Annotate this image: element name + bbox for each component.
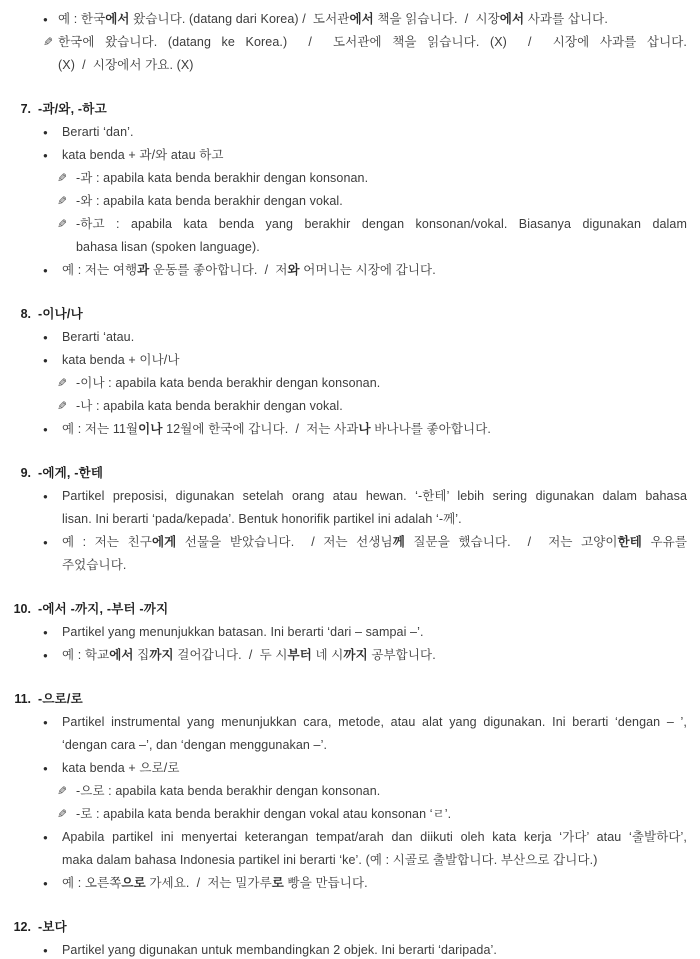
section-number: 8.: [0, 303, 31, 326]
bullet-icon: ●: [43, 872, 48, 895]
bullet-icon: ●: [43, 757, 48, 780]
list-item: ✎-나 : apabila kata benda berakhir dengan…: [0, 395, 700, 418]
pencil-glyph: ✎: [57, 190, 67, 213]
text-segment: Partikel yang menunjukkan batasan. Ini b…: [62, 625, 424, 639]
particle-bold: 에게: [152, 535, 176, 549]
text-line: 한국에 왔습니다. (datang ke Korea.) / 도서관에 책을 읽…: [0, 31, 700, 54]
pencil-glyph: ✎: [43, 31, 53, 54]
text-segment: Partikel yang digunakan untuk membanding…: [62, 943, 497, 957]
text-segment: -으로 : apabila kata benda berakhir dengan…: [76, 784, 380, 798]
section-heading: 10.-에서 -까지, -부터 -까지: [0, 598, 700, 621]
bullet-icon: ●: [43, 259, 48, 282]
list-item: ✎-이나 : apabila kata benda berakhir denga…: [0, 372, 700, 395]
text-segment: Partikel preposisi, digunakan setelah or…: [62, 489, 687, 503]
list-item: ●kata benda + 과/와 atau 하고: [0, 144, 700, 167]
particle-bold: 에서: [105, 12, 129, 26]
text-line: -로 : apabila kata benda berakhir dengan …: [0, 803, 700, 826]
pencil-icon: ✎: [57, 395, 67, 418]
document-content: ●예 : 한국에서 왔습니다. (datang dari Korea) / 도서…: [0, 0, 700, 959]
pencil-icon: ✎: [57, 190, 67, 213]
bullet-icon: ●: [43, 531, 48, 554]
text-line: maka dalam bahasa Indonesia partikel ini…: [0, 849, 700, 872]
list-item: ✎-으로 : apabila kata benda berakhir denga…: [0, 780, 700, 803]
particle-bold: 부터: [288, 648, 312, 662]
list-item: ●Partikel yang digunakan untuk membandin…: [0, 939, 700, 959]
text-line: kata benda + 과/와 atau 하고: [0, 144, 700, 167]
text-segment: -나 : apabila kata benda berakhir dengan …: [76, 399, 343, 413]
section-11: 11.-으로/로●Partikel instrumental yang menu…: [0, 688, 700, 895]
text-segment: 선물을 받았습니다. / 저는 선생님: [176, 535, 392, 549]
text-segment: 빵을 만듭니다.: [284, 876, 368, 890]
list-item: ●Partikel preposisi, digunakan setelah o…: [0, 485, 700, 531]
text-segment: 사과를 삽니다.: [524, 12, 608, 26]
text-line: bahasa lisan (spoken language).: [0, 236, 700, 259]
pencil-icon: ✎: [43, 31, 53, 54]
text-segment: 예 : 저는 친구: [62, 535, 152, 549]
text-segment: bahasa lisan (spoken language).: [76, 240, 260, 254]
list-item: ●예 : 저는 여행과 운동를 좋아합니다. / 저와 어머니는 시장에 갑니다…: [0, 259, 700, 282]
section-title: -보다: [38, 920, 67, 934]
pencil-glyph: ✎: [57, 372, 67, 395]
particle-bold: 이나: [138, 422, 162, 436]
section-heading: 9.-에게, -한테: [0, 462, 700, 485]
bullet-icon: ●: [43, 711, 48, 734]
text-line: -이나 : apabila kata benda berakhir dengan…: [0, 372, 700, 395]
list-item: ✎-하고 : apabila kata benda yang berakhir …: [0, 213, 700, 259]
sections: 7.-과/와, -하고●Berarti ‘dan’.●kata benda + …: [0, 98, 700, 959]
bullet-icon: ●: [43, 349, 48, 372]
section-8: 8.-이나/나●Berarti ‘atau.●kata benda + 이나/나…: [0, 303, 700, 441]
text-line: Partikel instrumental yang menunjukkan c…: [0, 711, 700, 734]
section-number: 7.: [0, 98, 31, 121]
text-line: kata benda + 으로/로: [0, 757, 700, 780]
section-heading: 11.-으로/로: [0, 688, 700, 711]
text-segment: 운동를 좋아합니다. / 저: [149, 263, 287, 277]
text-segment: Apabila partikel ini menyertai keteranga…: [62, 830, 687, 844]
particle-bold: 에서: [109, 648, 133, 662]
text-segment: Partikel instrumental yang menunjukkan c…: [62, 715, 687, 729]
bullet-icon: ●: [43, 144, 48, 167]
bullet-icon: ●: [43, 939, 48, 959]
text-segment: ‘dengan cara –’, dan ‘dengan menggunakan…: [62, 738, 327, 752]
text-segment: kata benda + 과/와 atau 하고: [62, 148, 224, 162]
bullet-icon: ●: [43, 326, 48, 349]
text-segment: 예 : 저는 여행: [62, 263, 137, 277]
text-segment: 한국에 왔습니다. (datang ke Korea.) / 도서관에 책을 읽…: [58, 35, 687, 49]
list-item: ✎한국에 왔습니다. (datang ke Korea.) / 도서관에 책을 …: [0, 31, 700, 77]
section-number: 9.: [0, 462, 31, 485]
list-item: ●예 : 저는 11월이나 12월에 한국에 갑니다. / 저는 사과나 바나나…: [0, 418, 700, 441]
list-item: ●Apabila partikel ini menyertai keterang…: [0, 826, 700, 872]
text-segment: kata benda + 으로/로: [62, 761, 180, 775]
text-segment: 질문을 했습니다. / 저는 고양이: [405, 535, 618, 549]
particle-bold: 한테: [618, 535, 642, 549]
pencil-icon: ✎: [57, 213, 67, 236]
list-item: ●예 : 한국에서 왔습니다. (datang dari Korea) / 도서…: [0, 8, 700, 31]
text-segment: 걸어갑니다. / 두 시: [174, 648, 288, 662]
particle-bold: 까지: [343, 648, 367, 662]
text-line: 예 : 저는 여행과 운동를 좋아합니다. / 저와 어머니는 시장에 갑니다.: [0, 259, 700, 282]
list-item: ●Partikel instrumental yang menunjukkan …: [0, 711, 700, 757]
text-line: kata benda + 이나/나: [0, 349, 700, 372]
particle-bold: 과: [137, 263, 149, 277]
section-number: 10.: [0, 598, 31, 621]
text-segment: 예 : 오른쪽: [62, 876, 121, 890]
text-segment: -하고 : apabila kata benda yang berakhir d…: [76, 217, 687, 231]
text-line: Partikel yang menunjukkan batasan. Ini b…: [0, 621, 700, 644]
text-segment: 예 : 한국: [58, 12, 105, 26]
list-item: ●예 : 저는 친구에게 선물을 받았습니다. / 저는 선생님께 질문을 했습…: [0, 531, 700, 577]
text-line: Partikel preposisi, digunakan setelah or…: [0, 485, 700, 508]
text-segment: maka dalam bahasa Indonesia partikel ini…: [62, 853, 598, 867]
pencil-glyph: ✎: [57, 213, 67, 236]
intro-block: ●예 : 한국에서 왔습니다. (datang dari Korea) / 도서…: [0, 8, 700, 77]
bullet-icon: ●: [43, 644, 48, 667]
list-item: ●예 : 학교에서 집까지 걸어갑니다. / 두 시부터 네 시까지 공부합니다…: [0, 644, 700, 667]
list-item: ✎-과 : apabila kata benda berakhir dengan…: [0, 167, 700, 190]
section-title: -이나/나: [38, 307, 83, 321]
bullet-icon: ●: [43, 826, 48, 849]
text-line: 예 : 학교에서 집까지 걸어갑니다. / 두 시부터 네 시까지 공부합니다.: [0, 644, 700, 667]
list-item: ●예 : 오른쪽으로 가세요. / 저는 밀가루로 빵을 만듭니다.: [0, 872, 700, 895]
text-line: 예 : 저는 11월이나 12월에 한국에 갑니다. / 저는 사과나 바나나를…: [0, 418, 700, 441]
text-line: -와 : apabila kata benda berakhir dengan …: [0, 190, 700, 213]
pencil-glyph: ✎: [57, 780, 67, 803]
text-line: 주었습니다.: [0, 554, 700, 577]
bullet-icon: ●: [43, 8, 48, 31]
bullet-icon: ●: [43, 418, 48, 441]
section-heading: 7.-과/와, -하고: [0, 98, 700, 121]
text-line: -으로 : apabila kata benda berakhir dengan…: [0, 780, 700, 803]
text-segment: 공부합니다.: [368, 648, 436, 662]
text-segment: 왔습니다. (datang dari Korea) / 도서관: [130, 12, 350, 26]
pencil-glyph: ✎: [57, 395, 67, 418]
text-segment: -이나 : apabila kata benda berakhir dengan…: [76, 376, 380, 390]
pencil-icon: ✎: [57, 372, 67, 395]
particle-bold: 께: [393, 535, 405, 549]
text-line: -나 : apabila kata benda berakhir dengan …: [0, 395, 700, 418]
section-title: -과/와, -하고: [38, 102, 107, 116]
pencil-icon: ✎: [57, 803, 67, 826]
text-segment: 네 시: [312, 648, 344, 662]
text-segment: 책을 읽습니다. / 시장: [374, 12, 500, 26]
text-segment: -과 : apabila kata benda berakhir dengan …: [76, 171, 368, 185]
bullet-icon: ●: [43, 621, 48, 644]
text-segment: Berarti ‘atau.: [62, 330, 134, 344]
list-item: ✎-와 : apabila kata benda berakhir dengan…: [0, 190, 700, 213]
text-line: lisan. Ini berarti ‘pada/kepada’. Bentuk…: [0, 508, 700, 531]
section-number: 12.: [0, 916, 31, 939]
list-item: ●Berarti ‘atau.: [0, 326, 700, 349]
particle-bold: 에서: [349, 12, 373, 26]
particle-bold: 로: [272, 876, 284, 890]
text-line: (X) / 시장에서 가요. (X): [0, 54, 700, 77]
section-title: -에서 -까지, -부터 -까지: [38, 602, 168, 616]
particle-bold: 나: [358, 422, 370, 436]
text-segment: 주었습니다.: [62, 558, 126, 572]
pencil-glyph: ✎: [57, 803, 67, 826]
bullet-icon: ●: [43, 485, 48, 508]
section-heading: 8.-이나/나: [0, 303, 700, 326]
pencil-glyph: ✎: [57, 167, 67, 190]
list-item: ✎-로 : apabila kata benda berakhir dengan…: [0, 803, 700, 826]
section-title: -에게, -한테: [38, 466, 103, 480]
text-segment: 우유를: [642, 535, 687, 549]
pencil-icon: ✎: [57, 167, 67, 190]
text-line: -과 : apabila kata benda berakhir dengan …: [0, 167, 700, 190]
particle-bold: 까지: [149, 648, 173, 662]
section-number: 11.: [0, 688, 31, 711]
text-segment: Berarti ‘dan’.: [62, 125, 134, 139]
section-9: 9.-에게, -한테●Partikel preposisi, digunakan…: [0, 462, 700, 577]
pencil-icon: ✎: [57, 780, 67, 803]
text-line: Berarti ‘atau.: [0, 326, 700, 349]
section-12: 12.-보다●Partikel yang digunakan untuk mem…: [0, 916, 700, 959]
section-7: 7.-과/와, -하고●Berarti ‘dan’.●kata benda + …: [0, 98, 700, 282]
text-segment: 예 : 학교: [62, 648, 109, 662]
text-segment: -와 : apabila kata benda berakhir dengan …: [76, 194, 343, 208]
text-segment: -로 : apabila kata benda berakhir dengan …: [76, 807, 451, 821]
list-item: ●Berarti ‘dan’.: [0, 121, 700, 144]
text-line: 예 : 저는 친구에게 선물을 받았습니다. / 저는 선생님께 질문을 했습니…: [0, 531, 700, 554]
particle-bold: 와: [288, 263, 300, 277]
text-line: ‘dengan cara –’, dan ‘dengan menggunakan…: [0, 734, 700, 757]
text-line: Partikel yang digunakan untuk membanding…: [0, 939, 700, 959]
text-segment: 바나나를 좋아합니다.: [371, 422, 491, 436]
document-page: { "page": { "background": "#ffffff", "te…: [0, 0, 700, 959]
text-segment: 가세요. / 저는 밀가루: [146, 876, 272, 890]
text-segment: 12월에 한국에 갑니다. / 저는 사과: [163, 422, 359, 436]
section-heading: 12.-보다: [0, 916, 700, 939]
text-segment: 예 : 저는 11월: [62, 422, 138, 436]
section-10: 10.-에서 -까지, -부터 -까지●Partikel yang menunj…: [0, 598, 700, 667]
text-segment: kata benda + 이나/나: [62, 353, 180, 367]
text-segment: 어머니는 시장에 갑니다.: [300, 263, 436, 277]
text-segment: 집: [134, 648, 150, 662]
section-title: -으로/로: [38, 692, 83, 706]
text-segment: lisan. Ini berarti ‘pada/kepada’. Bentuk…: [62, 512, 462, 526]
text-line: -하고 : apabila kata benda yang berakhir d…: [0, 213, 700, 236]
particle-bold: 으로: [121, 876, 145, 890]
text-line: 예 : 오른쪽으로 가세요. / 저는 밀가루로 빵을 만듭니다.: [0, 872, 700, 895]
text-line: 예 : 한국에서 왔습니다. (datang dari Korea) / 도서관…: [0, 8, 700, 31]
particle-bold: 에서: [500, 12, 524, 26]
bullet-icon: ●: [43, 121, 48, 144]
text-segment: (X) / 시장에서 가요. (X): [58, 58, 194, 72]
text-line: Berarti ‘dan’.: [0, 121, 700, 144]
list-item: ●kata benda + 이나/나: [0, 349, 700, 372]
text-line: Apabila partikel ini menyertai keteranga…: [0, 826, 700, 849]
list-item: ●kata benda + 으로/로: [0, 757, 700, 780]
list-item: ●Partikel yang menunjukkan batasan. Ini …: [0, 621, 700, 644]
